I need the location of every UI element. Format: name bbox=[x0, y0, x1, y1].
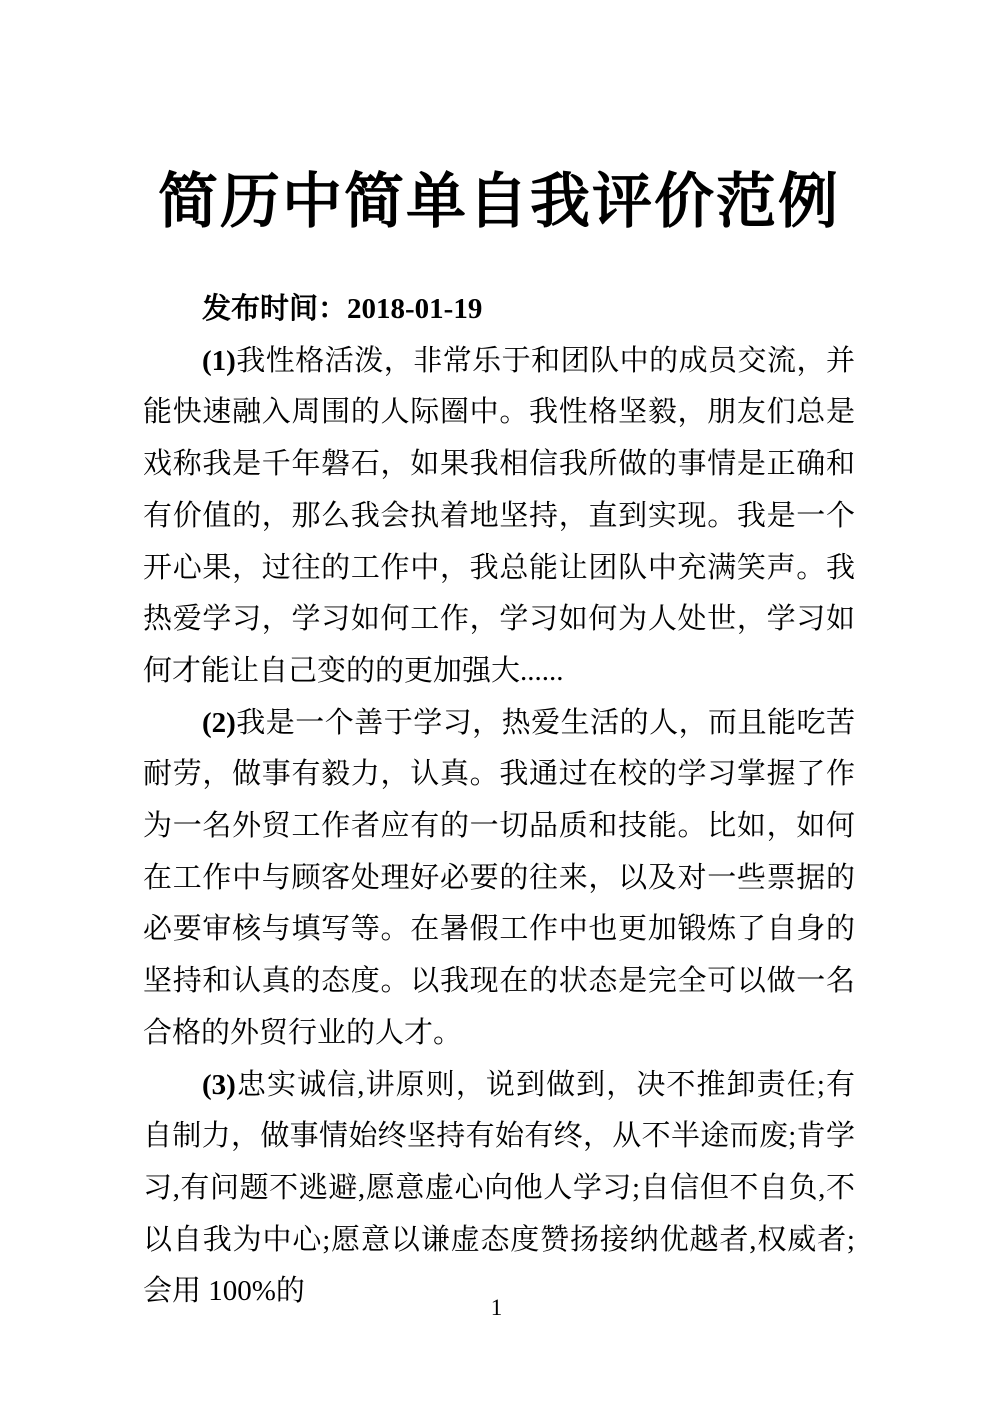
document-body: 发布时间：2018-01-19 (1)我性格活泼，非常乐于和团队中的成员交流，并… bbox=[143, 284, 855, 1318]
paragraph-1-marker: (1) bbox=[202, 345, 236, 377]
document-page: 简历中简单自我评价范例 发布时间：2018-01-19 (1)我性格活泼，非常乐… bbox=[0, 0, 993, 1404]
paragraph-2-marker: (2) bbox=[202, 707, 236, 739]
publish-date-line: 发布时间：2018-01-19 bbox=[143, 284, 855, 336]
paragraph-3: (3)忠实诚信,讲原则，说到做到，决不推卸责任;有自制力，做事情始终坚持有始有终… bbox=[143, 1060, 855, 1319]
publish-date-label: 发布时间： bbox=[202, 293, 347, 325]
paragraph-3-text: 忠实诚信,讲原则，说到做到，决不推卸责任;有自制力，做事情始终坚持有始有终，从不… bbox=[143, 1069, 855, 1308]
paragraph-2: (2)我是一个善于学习，热爱生活的人，而且能吃苦耐劳，做事有毅力，认真。我通过在… bbox=[143, 698, 855, 1060]
paragraph-1-text: 我性格活泼，非常乐于和团队中的成员交流，并能快速融入周围的人际圈中。我性格坚毅，… bbox=[143, 345, 855, 687]
page-number: 1 bbox=[0, 1294, 993, 1322]
publish-date-value: 2018-01-19 bbox=[347, 293, 482, 325]
document-title: 简历中简单自我评价范例 bbox=[143, 152, 855, 252]
paragraph-3-marker: (3) bbox=[202, 1069, 236, 1101]
paragraph-1: (1)我性格活泼，非常乐于和团队中的成员交流，并能快速融入周围的人际圈中。我性格… bbox=[143, 336, 855, 698]
paragraph-2-text: 我是一个善于学习，热爱生活的人，而且能吃苦耐劳，做事有毅力，认真。我通过在校的学… bbox=[143, 707, 855, 1049]
document-content: 简历中简单自我评价范例 发布时间：2018-01-19 (1)我性格活泼，非常乐… bbox=[143, 0, 855, 1318]
